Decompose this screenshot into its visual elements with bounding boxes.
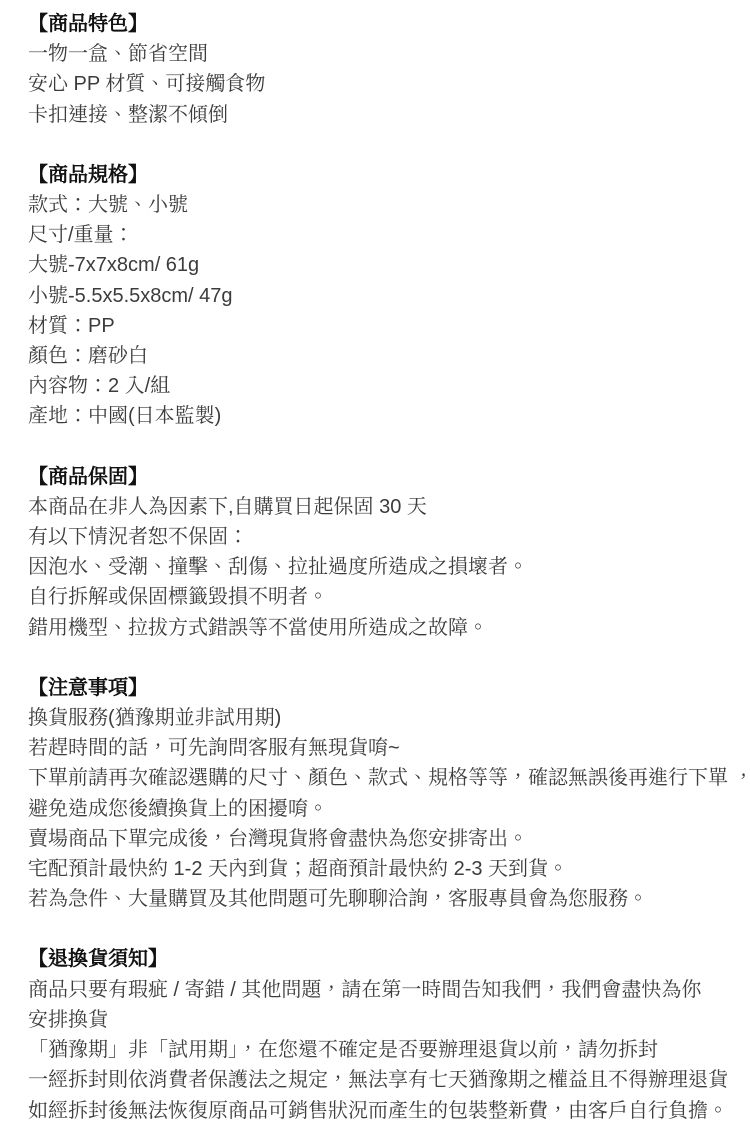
text-line: 顏色：磨砂白	[28, 341, 732, 371]
text-line: 卡扣連接、整潔不傾倒	[28, 100, 732, 130]
text-line: 小號-5.5x5.5x8cm/ 47g	[28, 281, 732, 311]
text-line: 自行拆解或保固標籤毀損不明者。	[28, 582, 732, 612]
text-line: 若趕時間的話，可先詢問客服有無現貨唷~	[28, 733, 732, 763]
section-notices: 【注意事項】 換貨服務(猶豫期並非試用期) 若趕時間的話，可先詢問客服有無現貨唷…	[28, 673, 732, 915]
text-line: 因泡水、受潮、撞擊、刮傷、拉扯過度所造成之損壞者。	[28, 552, 732, 582]
text-line: 安心 PP 材質、可接觸食物	[28, 69, 732, 99]
text-line: 商品只要有瑕疵 / 寄錯 / 其他問題，請在第一時間告知我們，我們會盡快為你	[28, 975, 732, 1005]
text-line: 換貨服務(猶豫期並非試用期)	[28, 703, 732, 733]
text-line: 尺寸/重量：	[28, 220, 732, 250]
text-line: 宅配預計最快約 1-2 天內到貨；超商預計最快約 2-3 天到貨。	[28, 854, 732, 884]
text-line: 產地：中國(日本監製)	[28, 401, 732, 431]
text-line: 若為急件、大量購買及其他問題可先聊聊洽詢，客服專員會為您服務。	[28, 884, 732, 914]
text-line: 賣場商品下單完成後，台灣現貨將會盡快為您安排寄出。	[28, 824, 732, 854]
text-line: 下單前請再次確認選購的尺寸、顏色、款式、規格等等，確認無誤後再進行下單 ，	[28, 763, 732, 793]
text-line: 一物一盒、節省空間	[28, 39, 732, 69]
section-heading: 【商品特色】	[28, 9, 732, 39]
text-line: 安排換貨	[28, 1005, 732, 1035]
section-product-warranty: 【商品保固】 本商品在非人為因素下,自購買日起保固 30 天 有以下情況者恕不保…	[28, 462, 732, 643]
text-line: 材質：PP	[28, 311, 732, 341]
text-line: 內容物：2 入/組	[28, 371, 732, 401]
text-line: 大號-7x7x8cm/ 61g	[28, 250, 732, 280]
text-line: 款式：大號、小號	[28, 190, 732, 220]
section-return-policy: 【退換貨須知】 商品只要有瑕疵 / 寄錯 / 其他問題，請在第一時間告知我們，我…	[28, 944, 732, 1125]
section-product-specs: 【商品規格】 款式：大號、小號 尺寸/重量： 大號-7x7x8cm/ 61g 小…	[28, 160, 732, 432]
text-line: 一經拆封則依消費者保護法之規定，無法享有七天猶豫期之權益且不得辦理退貨	[28, 1065, 732, 1095]
section-heading: 【商品保固】	[28, 462, 732, 492]
text-line: 有以下情況者恕不保固：	[28, 522, 732, 552]
section-heading: 【退換貨須知】	[28, 944, 732, 974]
text-line: 本商品在非人為因素下,自購買日起保固 30 天	[28, 492, 732, 522]
product-description-page: 【商品特色】 一物一盒、節省空間 安心 PP 材質、可接觸食物 卡扣連接、整潔不…	[0, 0, 750, 1127]
section-heading: 【商品規格】	[28, 160, 732, 190]
text-line: 「猶豫期」非「試用期」，在您還不確定是否要辦理退貨以前，請勿拆封	[28, 1035, 732, 1065]
text-line: 如經拆封後無法恢復原商品可銷售狀況而產生的包裝整新費，由客戶自行負擔。	[28, 1096, 732, 1126]
text-line: 避免造成您後續換貨上的困擾唷。	[28, 794, 732, 824]
section-product-features: 【商品特色】 一物一盒、節省空間 安心 PP 材質、可接觸食物 卡扣連接、整潔不…	[28, 9, 732, 130]
section-heading: 【注意事項】	[28, 673, 732, 703]
text-line: 錯用機型、拉拔方式錯誤等不當使用所造成之故障。	[28, 613, 732, 643]
